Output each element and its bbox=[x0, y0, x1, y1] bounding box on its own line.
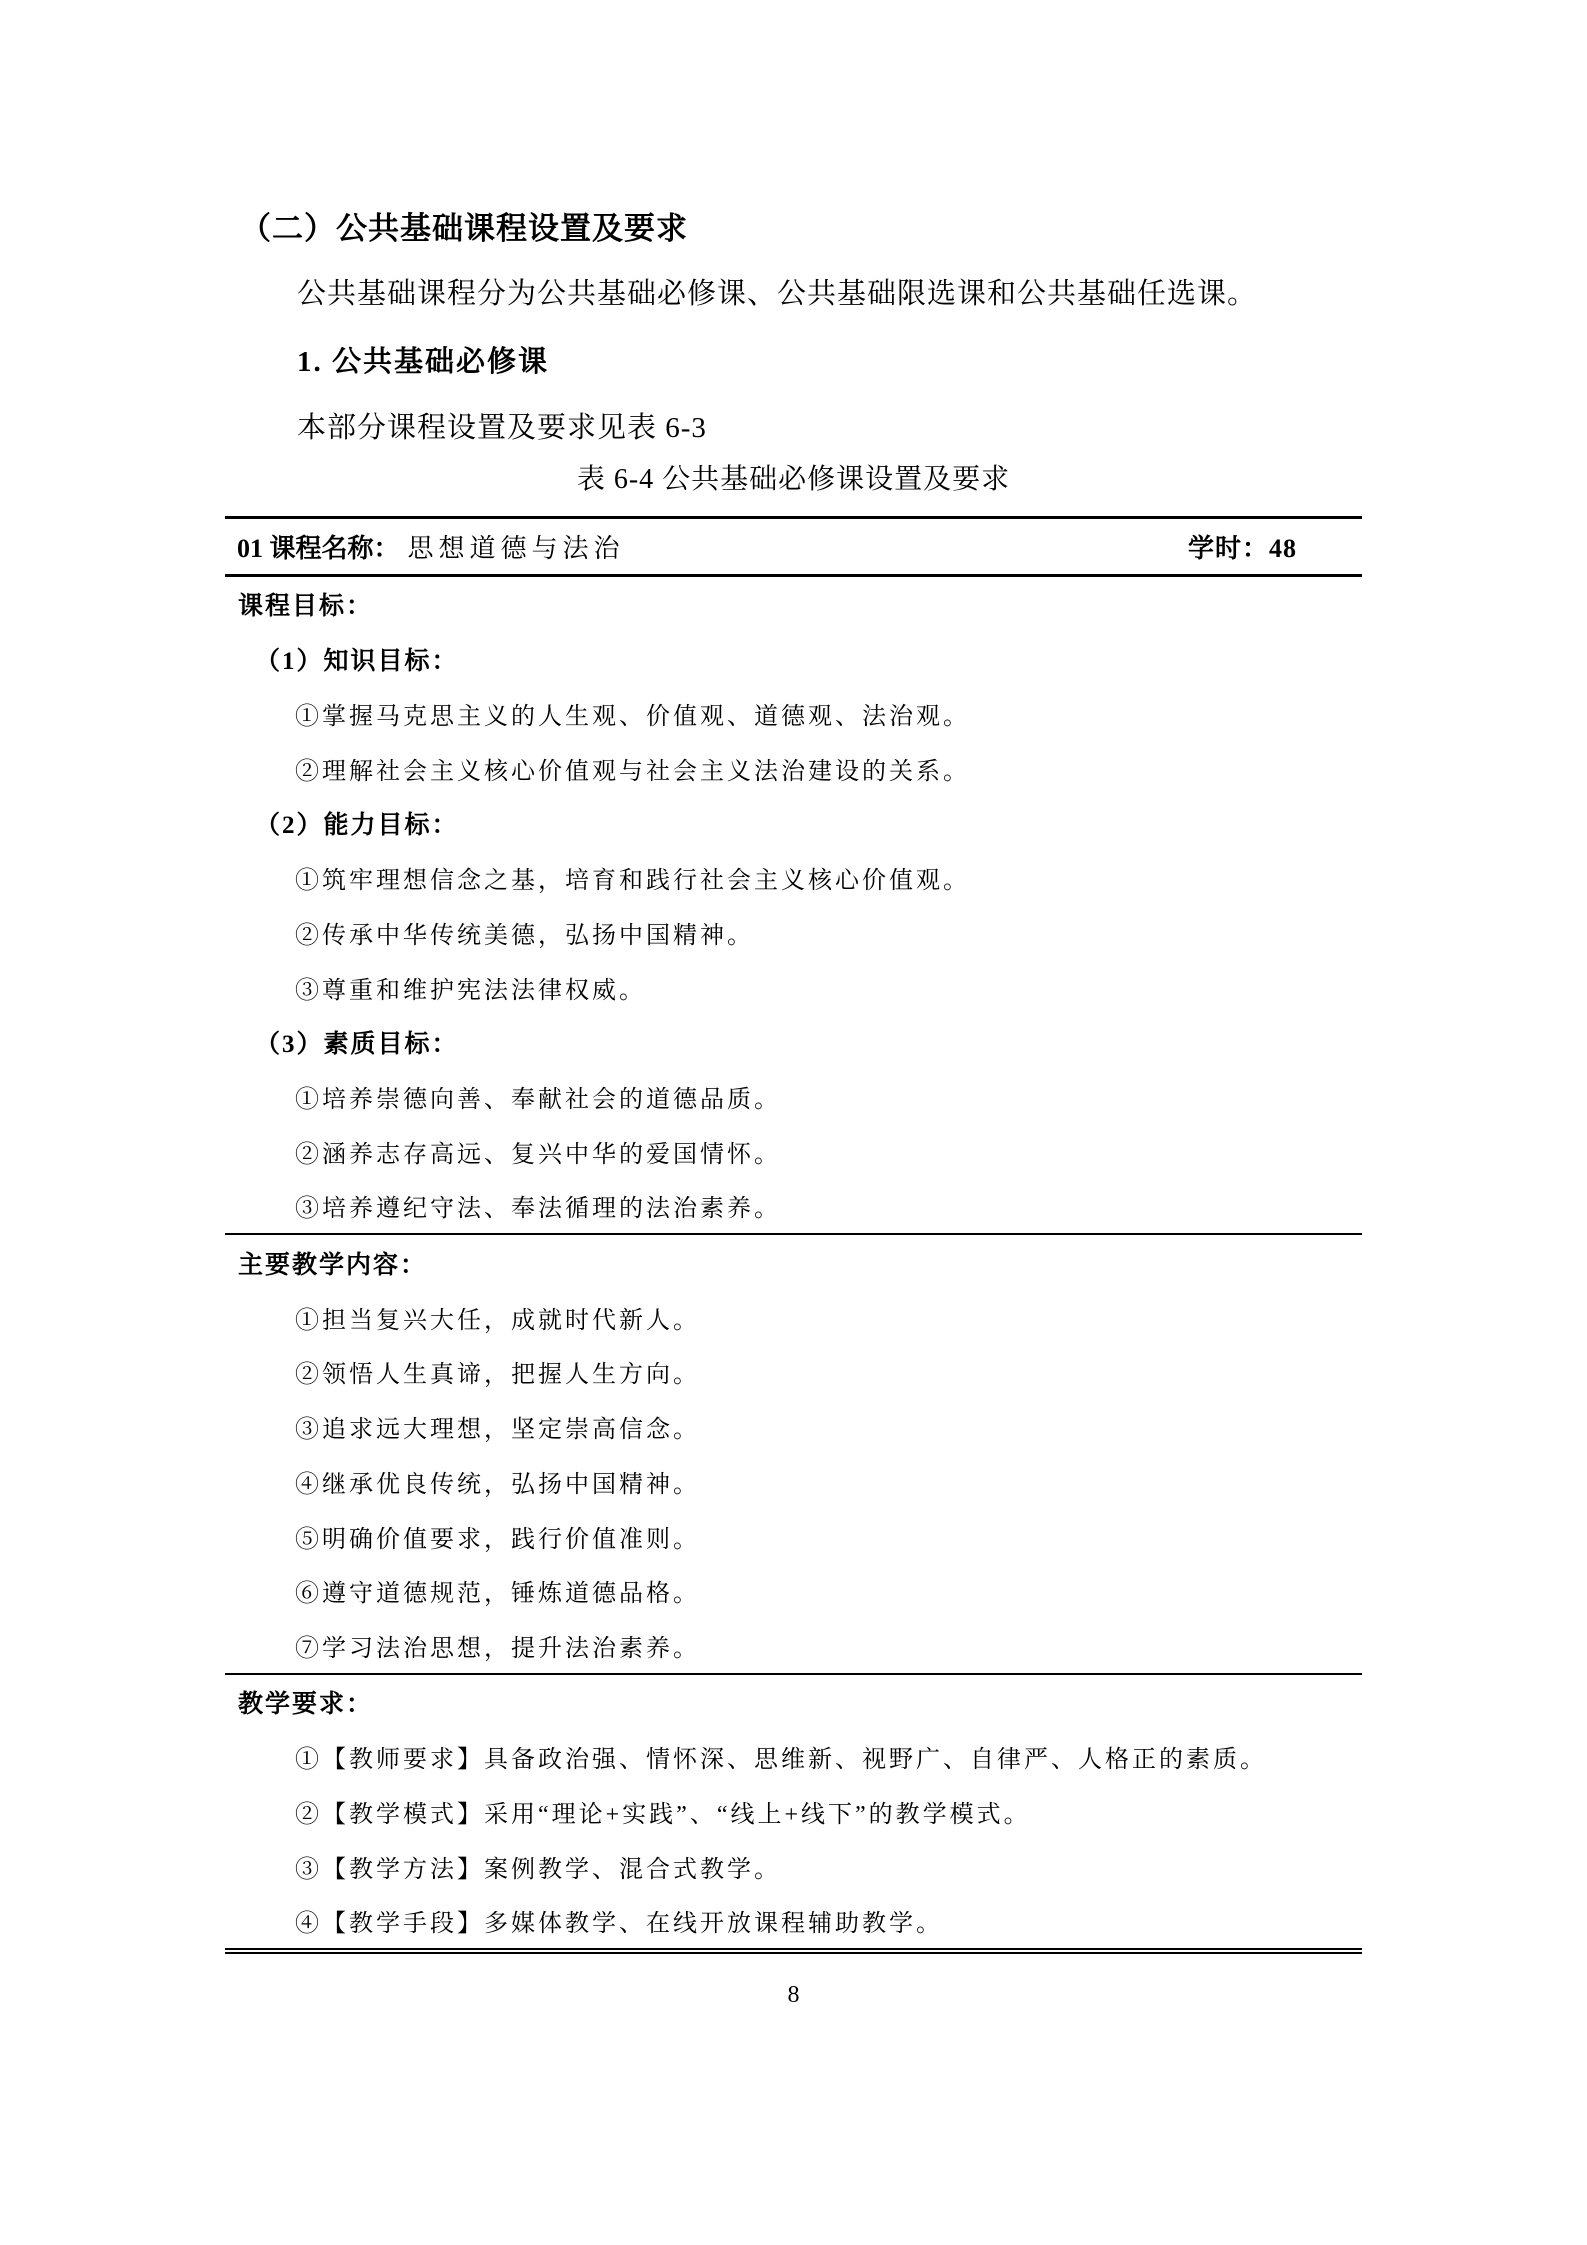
course-title-cell: 01 课程名称：思想道德与法治 bbox=[237, 528, 625, 565]
course-label: 01 课程名称： bbox=[237, 534, 400, 563]
objective-item: ②传承中华传统美德，弘扬中国精神。 bbox=[225, 905, 1362, 960]
course-objectives-section: 课程目标： （1）知识目标： ①掌握马克思主义的人生观、价值观、道德观、法治观。… bbox=[225, 577, 1362, 1235]
objective-item: ①掌握马克思主义的人生观、价值观、道德观、法治观。 bbox=[225, 686, 1362, 741]
teaching-requirements-title: 教学要求： bbox=[225, 1675, 1362, 1730]
objective-subheading: （1）知识目标： bbox=[225, 632, 1362, 687]
teaching-content-title: 主要教学内容： bbox=[225, 1235, 1362, 1290]
table-reference-paragraph: 本部分课程设置及要求见表 6-3 bbox=[297, 405, 707, 446]
objective-item: ②涵养志存高远、复兴中华的爱国情怀。 bbox=[225, 1124, 1362, 1179]
course-hours: 学时：48 bbox=[1188, 528, 1297, 565]
page-number: 8 bbox=[225, 1982, 1362, 2009]
teaching-content-item: ⑥遵守道德规范，锤炼道德品格。 bbox=[225, 1563, 1362, 1618]
section-heading: （二）公共基础课程设置及要求 bbox=[240, 203, 688, 248]
teaching-content-section: 主要教学内容： ①担当复兴大任，成就时代新人。 ②领悟人生真谛，把握人生方向。 … bbox=[225, 1235, 1362, 1675]
teaching-requirement-item: ②【教学模式】采用“理论+实践”、“线上+线下”的教学模式。 bbox=[225, 1784, 1362, 1839]
teaching-content-item: ⑤明确价值要求，践行价值准则。 bbox=[225, 1509, 1362, 1564]
teaching-content-item: ①担当复兴大任，成就时代新人。 bbox=[225, 1290, 1362, 1345]
objective-subheading: （2）能力目标： bbox=[225, 796, 1362, 851]
teaching-content-item: ③追求远大理想，坚定崇高信念。 bbox=[225, 1399, 1362, 1454]
course-header-row: 01 课程名称：思想道德与法治 学时：48 bbox=[225, 519, 1362, 577]
objectives-title: 课程目标： bbox=[225, 577, 1362, 632]
document-page: （二）公共基础课程设置及要求 公共基础课程分为公共基础必修课、公共基础限选课和公… bbox=[0, 0, 1587, 2245]
teaching-content-item: ④继承优良传统，弘扬中国精神。 bbox=[225, 1454, 1362, 1509]
table-caption: 表 6-4 公共基础必修课设置及要求 bbox=[225, 457, 1362, 497]
objective-item: ③尊重和维护宪法法律权威。 bbox=[225, 960, 1362, 1015]
teaching-requirement-item: ③【教学方法】案例教学、混合式教学。 bbox=[225, 1839, 1362, 1894]
teaching-content-item: ⑦学习法治思想，提升法治素养。 bbox=[225, 1618, 1362, 1673]
teaching-requirement-item: ①【教师要求】具备政治强、情怀深、思维新、视野广、自律严、人格正的素质。 bbox=[225, 1729, 1362, 1784]
teaching-requirements-section: 教学要求： ①【教师要求】具备政治强、情怀深、思维新、视野广、自律严、人格正的素… bbox=[225, 1675, 1362, 1948]
teaching-requirement-item: ④【教学手段】多媒体教学、在线开放课程辅助教学。 bbox=[225, 1894, 1362, 1949]
teaching-content-item: ②领悟人生真谛，把握人生方向。 bbox=[225, 1345, 1362, 1400]
course-table: 01 课程名称：思想道德与法治 学时：48 课程目标： （1）知识目标： ①掌握… bbox=[225, 516, 1362, 1954]
course-name: 思想道德与法治 bbox=[408, 534, 625, 563]
intro-paragraph: 公共基础课程分为公共基础必修课、公共基础限选课和公共基础任选课。 bbox=[297, 271, 1257, 312]
objective-item: ③培养遵纪守法、奉法循理的法治素养。 bbox=[225, 1179, 1362, 1234]
objective-subheading: （3）素质目标： bbox=[225, 1015, 1362, 1070]
objective-item: ①筑牢理想信念之基，培育和践行社会主义核心价值观。 bbox=[225, 850, 1362, 905]
objective-item: ①培养崇德向善、奉献社会的道德品质。 bbox=[225, 1069, 1362, 1124]
objective-item: ②理解社会主义核心价值观与社会主义法治建设的关系。 bbox=[225, 741, 1362, 796]
subsection-heading: 1. 公共基础必修课 bbox=[297, 339, 549, 380]
